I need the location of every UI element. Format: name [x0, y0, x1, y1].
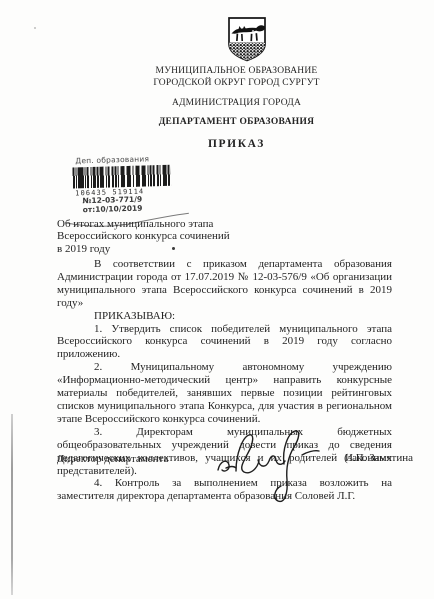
- order-item-1: 1. Утвердить список победителей муниципа…: [57, 323, 392, 362]
- barcode-icon: [73, 165, 172, 189]
- coat-of-arms-icon: [226, 16, 268, 63]
- intro-paragraph: В соответствии с приказом департамента о…: [57, 258, 392, 310]
- order-word: ПРИКАЗЫВАЮ:: [57, 310, 392, 323]
- signer-position: Директор департамента: [57, 453, 168, 465]
- stamp-label: Деп. образования: [75, 153, 185, 165]
- letterhead: МУНИЦИПАЛЬНОЕ ОБРАЗОВАНИЕ ГОРОДСКОЙ ОКРУ…: [66, 66, 407, 150]
- signature-autograph-icon: [212, 424, 330, 519]
- org-name-line2: ГОРОДСКОЙ ОКРУГ ГОРОД СУРГУТ: [66, 78, 407, 90]
- signer-name: И.П. Замятина: [345, 452, 413, 464]
- administration-line: АДМИНИСТРАЦИЯ ГОРОДА: [66, 98, 407, 108]
- subject-line: Всероссийского конкурса сочинений: [57, 230, 287, 242]
- document-page: МУНИЦИПАЛЬНОЕ ОБРАЗОВАНИЕ ГОРОДСКОЙ ОКРУ…: [0, 0, 434, 599]
- org-name-line1: МУНИЦИПАЛЬНОЕ ОБРАЗОВАНИЕ: [66, 66, 407, 78]
- scan-artifact-line: [11, 414, 13, 595]
- scan-artifact-dot: [34, 27, 36, 29]
- scan-artifact-dot: [252, 30, 254, 32]
- registration-stamp: Деп. образования 106435 519114 №12-03-77…: [67, 153, 187, 214]
- subject-line: Об итогах муниципального этапа: [57, 218, 287, 230]
- document-type-title: ПРИКАЗ: [66, 138, 407, 150]
- scan-artifact-dot: [172, 247, 175, 250]
- order-item-2: 2. Муниципальному автономному учреждению…: [57, 361, 392, 426]
- department-line: ДЕПАРТАМЕНТ ОБРАЗОВАНИЯ: [66, 117, 407, 127]
